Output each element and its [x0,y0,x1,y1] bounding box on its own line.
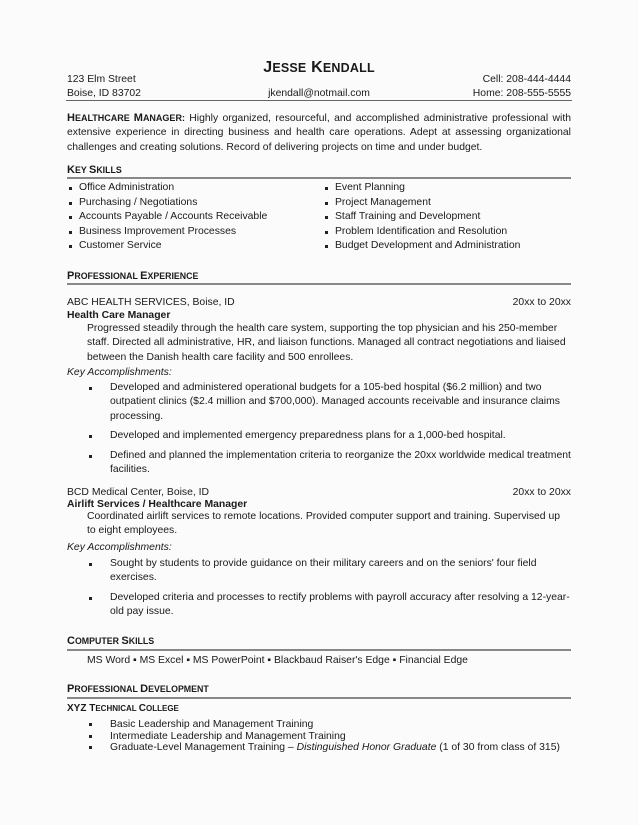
bullet-icon [325,245,328,248]
skill-item: Accounts Payable / Accounts Receivable [67,210,267,225]
computer-skills-list: MS Word ▪ MS Excel ▪ MS PowerPoint ▪ Bla… [87,654,468,668]
accomplishments-list: Developed and administered operational b… [67,381,571,482]
bullet-icon [89,723,92,726]
bullet-icon [69,216,72,219]
summary-title: HEALTHCARE MANAGER: [67,112,185,124]
job-description: Progressed steadily through the health c… [87,322,571,365]
job-description: Coordinated airlift services to remote l… [87,510,571,539]
resume-header: JESSE KENDALL 123 Elm Street Boise, ID 8… [67,0,571,100]
section-heading-development: PROFESSIONAL DEVELOPMENT [67,682,571,696]
section-divider [67,283,571,285]
bullet-icon [89,387,92,390]
bullet-icon [325,202,328,205]
accomplishment-item: Developed criteria and processes to rect… [67,591,571,620]
job-dates: 20xx to 20xx [513,296,571,310]
bullet-icon [325,216,328,219]
skill-item: Customer Service [67,239,267,254]
accomplishment-item: Developed and administered operational b… [67,381,571,424]
bullet-icon [69,245,72,248]
college-name: XYZ TECHNICAL COLLEGE [67,702,179,716]
skill-item: Office Administration [67,181,267,196]
training-item: Graduate-Level Management Training – Dis… [67,742,571,754]
bullet-icon [89,563,92,566]
accomplishment-item: Developed and implemented emergency prep… [67,429,571,443]
skill-item: Project Management [323,196,520,211]
job-employer: BCD Medical Center, Boise, ID [67,487,209,498]
accomplishments-list: Sought by students to provide guidance o… [67,557,571,625]
section-heading-key-skills: KEY SKILLS [67,163,571,177]
skill-item: Business Improvement Processes [67,225,267,240]
accomplishment-item: Sought by students to provide guidance o… [67,557,571,586]
section-divider [67,177,571,179]
honor-distinction: Distinguished Honor Graduate [297,742,437,753]
training-item: Intermediate Leadership and Management T… [67,731,571,743]
skill-item: Problem Identification and Resolution [323,225,520,240]
job-employer: ABC HEALTH SERVICES, Boise, ID [67,297,235,308]
skill-item: Purchasing / Negotiations [67,196,267,211]
address-line-1: 123 Elm Street [67,73,136,87]
skills-list-left: Office AdministrationPurchasing / Negoti… [67,181,267,254]
cell-phone: Cell: 208-444-4444 [483,73,571,87]
bullet-icon [89,435,92,438]
accomplishment-item: Defined and planned the implementation c… [67,449,571,478]
section-divider [67,697,571,699]
skill-item: Staff Training and Development [323,210,520,225]
skills-list-right: Event PlanningProject ManagementStaff Tr… [323,181,520,254]
bullet-icon [69,231,72,234]
bullet-icon [69,187,72,190]
bullet-icon [89,746,92,749]
profile-summary: HEALTHCARE MANAGER: Highly organized, re… [67,111,571,155]
skill-item: Budget Development and Administration [323,239,520,254]
training-item: Basic Leadership and Management Training [67,719,571,731]
bullet-icon [89,735,92,738]
bullet-icon [69,202,72,205]
section-heading-experience: PROFESSIONAL EXPERIENCE [67,269,571,283]
header-divider [66,100,572,101]
bullet-icon [89,455,92,458]
bullet-icon [325,187,328,190]
key-accomplishments-label: Key Accomplishments: [67,366,172,380]
bullet-icon [89,597,92,600]
resume-page: JESSE KENDALL 123 Elm Street Boise, ID 8… [67,0,571,100]
job-dates: 20xx to 20xx [513,486,571,500]
skill-item: Event Planning [323,181,520,196]
bullet-icon [325,231,328,234]
key-accomplishments-label: Key Accomplishments: [67,541,172,555]
training-list: Basic Leadership and Management Training… [67,719,571,754]
section-divider [67,649,571,651]
section-heading-computer-skills: COMPUTER SKILLS [67,634,571,648]
